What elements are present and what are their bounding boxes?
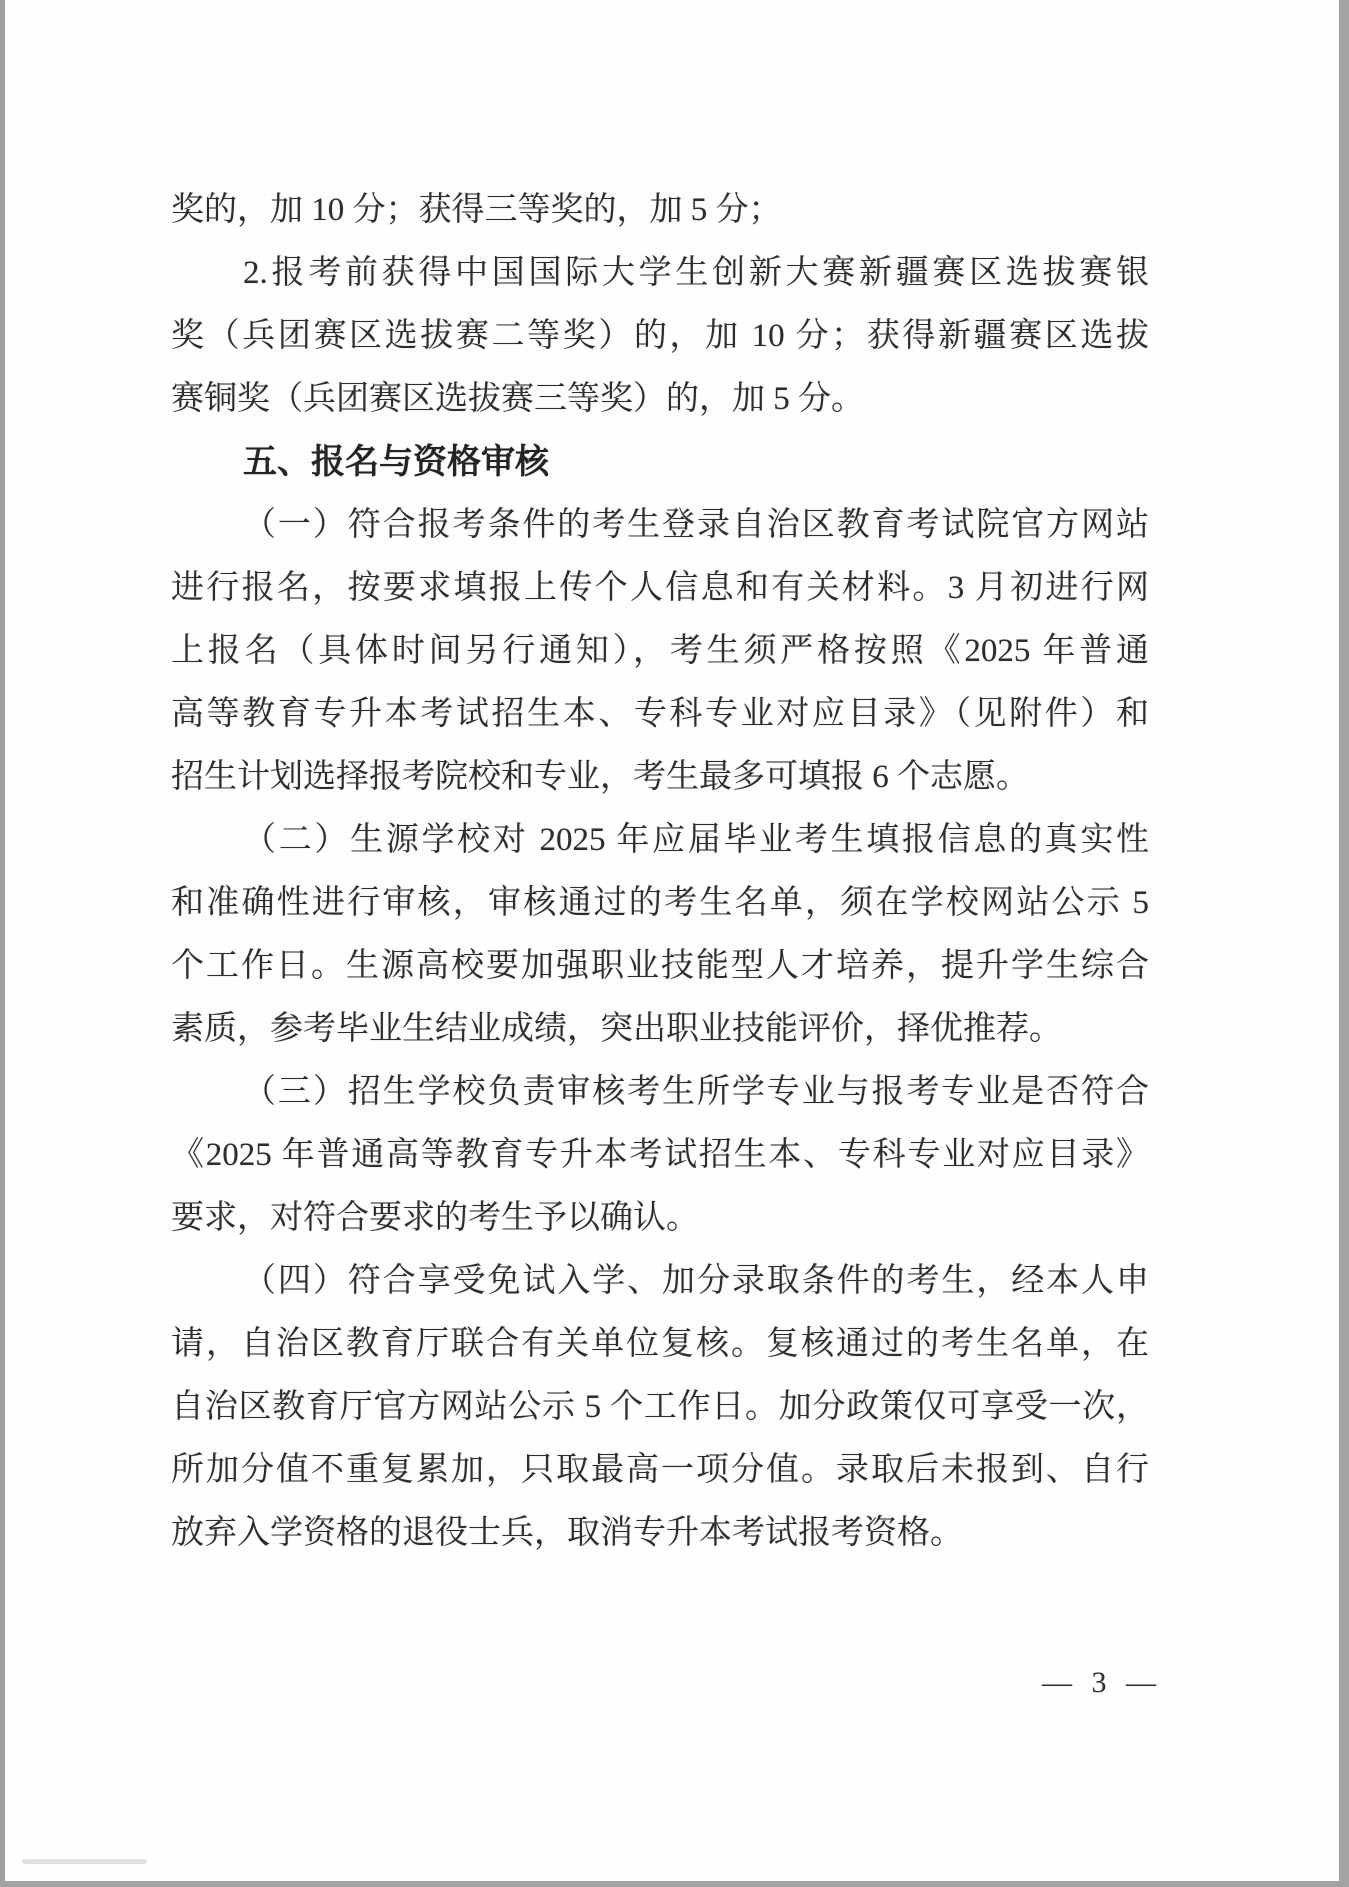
text-line: （四）符合享受免试入学、加分录取条件的考生，经本人申 — [171, 1250, 1149, 1313]
text-line: 请，自治区教育厅联合有关单位复核。复核通过的考生名单，在 — [171, 1313, 1149, 1376]
text-line: （三）招生学校负责审核考生所学专业与报考专业是否符合 — [171, 1061, 1149, 1124]
text-line: 自治区教育厅官方网站公示 5 个工作日。加分政策仅可享受一次， — [171, 1376, 1149, 1439]
scan-artifact — [22, 1859, 147, 1864]
document-page: 奖的，加 10 分；获得三等奖的，加 5 分； 2.报考前获得中国国际大学生创新… — [0, 0, 1349, 1887]
text-line: 《2025 年普通高等教育专升本考试招生本、专科专业对应目录》 — [171, 1124, 1149, 1187]
scan-edge-bottom — [0, 1881, 1349, 1887]
text-line: 高等教育专升本考试招生本、专科专业对应目录》（见附件）和 — [171, 683, 1149, 746]
text-line: 和准确性进行审核，审核通过的考生名单，须在学校网站公示 5 — [171, 872, 1149, 935]
text-line: 奖（兵团赛区选拔赛二等奖）的，加 10 分；获得新疆赛区选拔 — [171, 305, 1149, 368]
scan-edge-right — [1339, 0, 1349, 1887]
text-line: （二）生源学校对 2025 年应届毕业考生填报信息的真实性 — [171, 809, 1149, 872]
text-line: 上报名（具体时间另行通知），考生须严格按照《2025 年普通 — [171, 620, 1149, 683]
text-line: 要求，对符合要求的考生予以确认。 — [171, 1187, 1149, 1250]
text-line: 赛铜奖（兵团赛区选拔赛三等奖）的，加 5 分。 — [171, 368, 1149, 431]
page-number: — 3 — — [1042, 1662, 1162, 1704]
scan-edge-left — [0, 0, 5, 1887]
document-body: 奖的，加 10 分；获得三等奖的，加 5 分； 2.报考前获得中国国际大学生创新… — [171, 179, 1149, 1565]
text-line: 素质，参考毕业生结业成绩，突出职业技能评价，择优推荐。 — [171, 998, 1149, 1061]
text-line: 放弃入学资格的退役士兵，取消专升本考试报考资格。 — [171, 1502, 1149, 1565]
text-line: 奖的，加 10 分；获得三等奖的，加 5 分； — [171, 179, 1149, 242]
text-line: 招生计划选择报考院校和专业，考生最多可填报 6 个志愿。 — [171, 746, 1149, 809]
section-heading: 五、报名与资格审核 — [171, 431, 1149, 494]
text-line: （一）符合报考条件的考生登录自治区教育考试院官方网站 — [171, 494, 1149, 557]
text-line: 进行报名，按要求填报上传个人信息和有关材料。3 月初进行网 — [171, 557, 1149, 620]
text-line: 所加分值不重复累加，只取最高一项分值。录取后未报到、自行 — [171, 1439, 1149, 1502]
text-line: 个工作日。生源高校要加强职业技能型人才培养，提升学生综合 — [171, 935, 1149, 998]
text-line: 2.报考前获得中国国际大学生创新大赛新疆赛区选拔赛银 — [171, 242, 1149, 305]
